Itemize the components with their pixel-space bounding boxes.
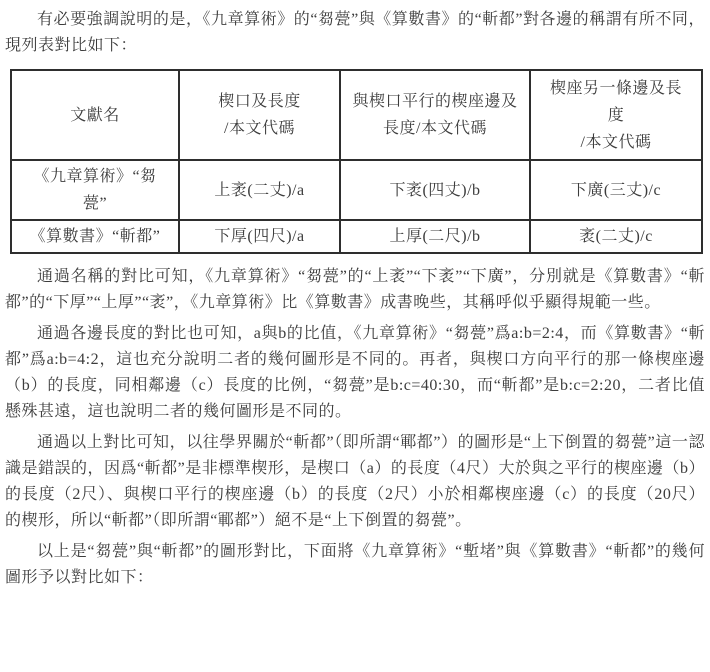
body-paragraph-conclusion: 通過以上對比可知，以往學界關於“斬都”（即所謂“鄆都”）的圖形是“上下倒置的芻甍… <box>5 430 705 534</box>
intro-paragraph: 有必要強調說明的是，《九章算術》的“芻甍”與《算數書》的“斬都”對各邊的稱謂有所… <box>5 7 705 59</box>
table-cell: 下廣(三丈)/c <box>530 160 702 220</box>
table-row-suanshushu: 《算數書》“斬都” 下厚(四尺)/a 上厚(二尺)/b 袤(二丈)/c <box>11 220 702 253</box>
header-cell-document-name: 文獻名 <box>11 70 179 160</box>
document-page: 有必要強調說明的是，《九章算術》的“芻甍”與《算數書》的“斬都”對各邊的稱謂有所… <box>0 0 710 672</box>
table-cell: 上袤(二丈)/a <box>179 160 340 220</box>
body-paragraph-length-ratio: 通過各邊長度的對比也可知，a與b的比值，《九章算術》“芻甍”爲a:b=2:4，而… <box>5 321 705 425</box>
table-header-row: 文獻名 楔口及長度 /本文代碼 與楔口平行的楔座邊及 長度/本文代碼 楔座另一條… <box>11 70 702 160</box>
table-cell: 上厚(二尺)/b <box>340 220 530 253</box>
table-cell: 下袤(四丈)/b <box>340 160 530 220</box>
header-cell-wedge-mouth: 楔口及長度 /本文代碼 <box>179 70 340 160</box>
table-cell: 《算數書》“斬都” <box>11 220 179 253</box>
table-cell: 下厚(四尺)/a <box>179 220 340 253</box>
edge-name-comparison-table: 文獻名 楔口及長度 /本文代碼 與楔口平行的楔座邊及 長度/本文代碼 楔座另一條… <box>10 69 703 254</box>
body-paragraph-name-comparison: 通過名稱的對比可知，《九章算術》“芻甍”的“上袤”“下袤”“下廣”，分別就是《算… <box>5 264 705 316</box>
table-row-jiuzhang: 《九章算術》“芻 甍” 上袤(二丈)/a 下袤(四丈)/b 下廣(三丈)/c <box>11 160 702 220</box>
table-cell: 袤(二丈)/c <box>530 220 702 253</box>
body-paragraph-next-comparison: 以上是“芻甍”與“斬都”的圖形對比，下面將《九章算術》“塹堵”與《算數書》“斬都… <box>5 539 705 591</box>
table-cell: 《九章算術》“芻 甍” <box>11 160 179 220</box>
header-cell-parallel-edge: 與楔口平行的楔座邊及 長度/本文代碼 <box>340 70 530 160</box>
header-cell-other-edge: 楔座另一條邊及長 度 /本文代碼 <box>530 70 702 160</box>
